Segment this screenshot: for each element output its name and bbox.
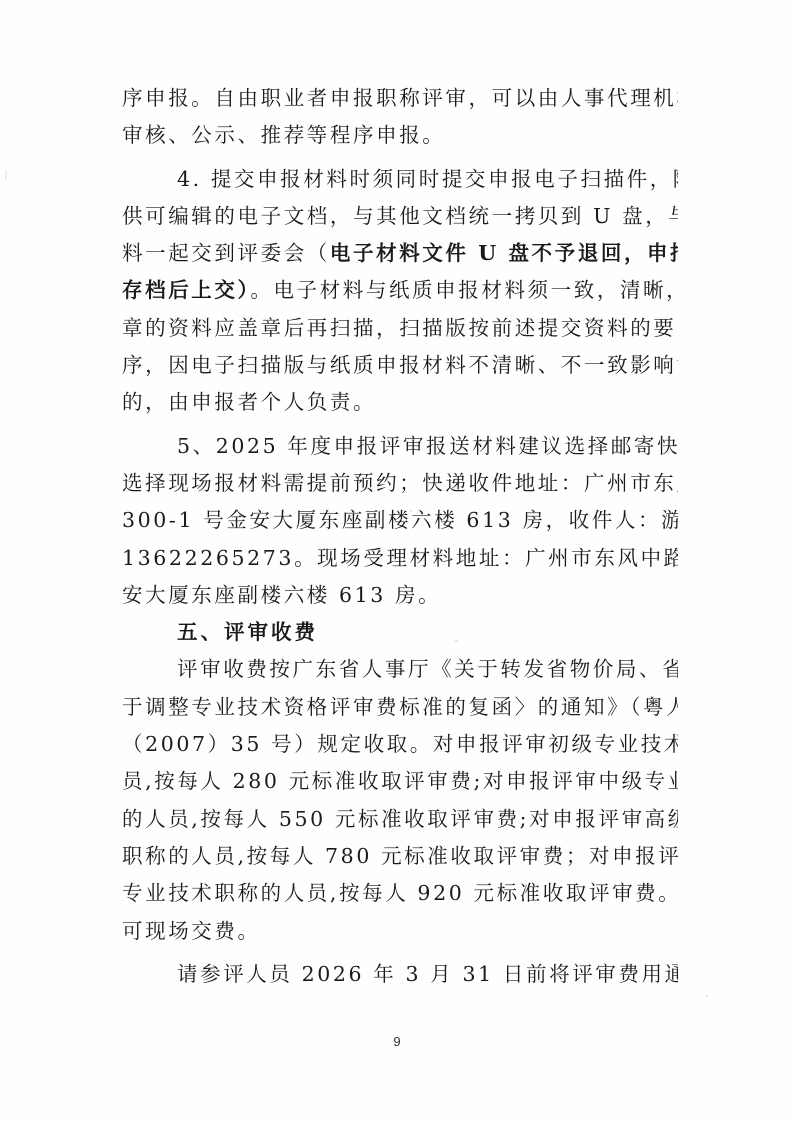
paragraph-line: 专业技术职称的人员,按每人 920 元标准收取评审费。可汇款、 (122, 875, 678, 912)
paragraph-line: 可现场交费。 (122, 913, 678, 950)
paragraph-line: （2007）35 号）规定收取。对申报评审初级专业技术职称的人 (122, 726, 678, 763)
paragraph-line: 的人员,按每人 550 元标准收取评审费;对申报评审高级专业技术 (122, 801, 678, 838)
scan-speck (455, 640, 458, 642)
normal-text: 。电子材料与纸质申报材料须一致，清晰，须盖公 (250, 278, 678, 302)
paragraph-line: 章的资料应盖章后再扫描，扫描版按前述提交资料的要求分类排 (122, 310, 678, 347)
paragraph-line: 员,按每人 280 元标准收取评审费;对申报评审中级专业技术职称 (122, 763, 678, 800)
paragraph-line: 于调整专业技术资格评审费标准的复函〉的通知》（粤人发 (122, 689, 678, 726)
bold-notice-text: 电子材料文件 U 盘不予退回，申报人自行 (330, 241, 678, 265)
item-4-line: 4. 提交申报材料时须同时提交申报电子扫描件，附件 2 提 (122, 161, 678, 198)
normal-text: 料一起交到评委会（ (122, 241, 330, 265)
scan-speck (5, 170, 7, 180)
scan-speck (706, 995, 708, 997)
page-number: 9 (385, 1034, 409, 1049)
paragraph-line-mixed: 料一起交到评委会（电子材料文件 U 盘不予退回，申报人自行 (122, 235, 678, 272)
bold-notice-text: 存档后上交） (122, 278, 250, 302)
paragraph-line: 安大厦东座副楼六楼 613 房。 (122, 577, 678, 614)
scan-speck (410, 510, 412, 512)
paragraph-line: 选择现场报材料需提前预约；快递收件地址：广州市东风中路 (122, 465, 678, 502)
section-heading-fees: 五、评审收费 (122, 614, 678, 651)
document-page: 序申报。自由职业者申报职称评审，可以由人事代理机构等履行 审核、公示、推荐等程序… (0, 0, 794, 1122)
paragraph-line: 序申报。自由职业者申报职称评审，可以由人事代理机构等履行 (122, 80, 678, 117)
document-body: 序申报。自由职业者申报职称评审，可以由人事代理机构等履行 审核、公示、推荐等程序… (122, 80, 678, 993)
paragraph-line: 序，因电子扫描版与纸质申报材料不清晰、不一致影响评审结果 (122, 347, 678, 384)
paragraph-line: 13622265273。现场受理材料地址：广州市东风中路 300-1 号金 (122, 540, 678, 577)
paragraph-line: 的，由申报者个人负责。 (122, 384, 678, 421)
paragraph-line: 300-1 号金安大厦东座副楼六楼 613 房，收件人：游小姐，电话： (122, 502, 678, 539)
paragraph-line-mixed: 存档后上交）。电子材料与纸质申报材料须一致，清晰，须盖公 (122, 272, 678, 309)
paragraph-line: 职称的人员,按每人 780 元标准收取评审费；对申报评审正高级 (122, 838, 678, 875)
paragraph-line: 请参评人员 2026 年 3 月 31 日前将评审费用通过汇款方式直 (122, 956, 678, 993)
item-5-line: 5、2025 年度申报评审报送材料建议选择邮寄快递方式，如 (122, 428, 678, 465)
paragraph-line: 评审收费按广东省人事厅《关于转发省物价局、省财政厅〈关 (122, 651, 678, 688)
paragraph-line: 审核、公示、推荐等程序申报。 (122, 117, 678, 154)
paragraph-line: 供可编辑的电子文档，与其他文档统一拷贝到 U 盘，与申报材 (122, 198, 678, 235)
